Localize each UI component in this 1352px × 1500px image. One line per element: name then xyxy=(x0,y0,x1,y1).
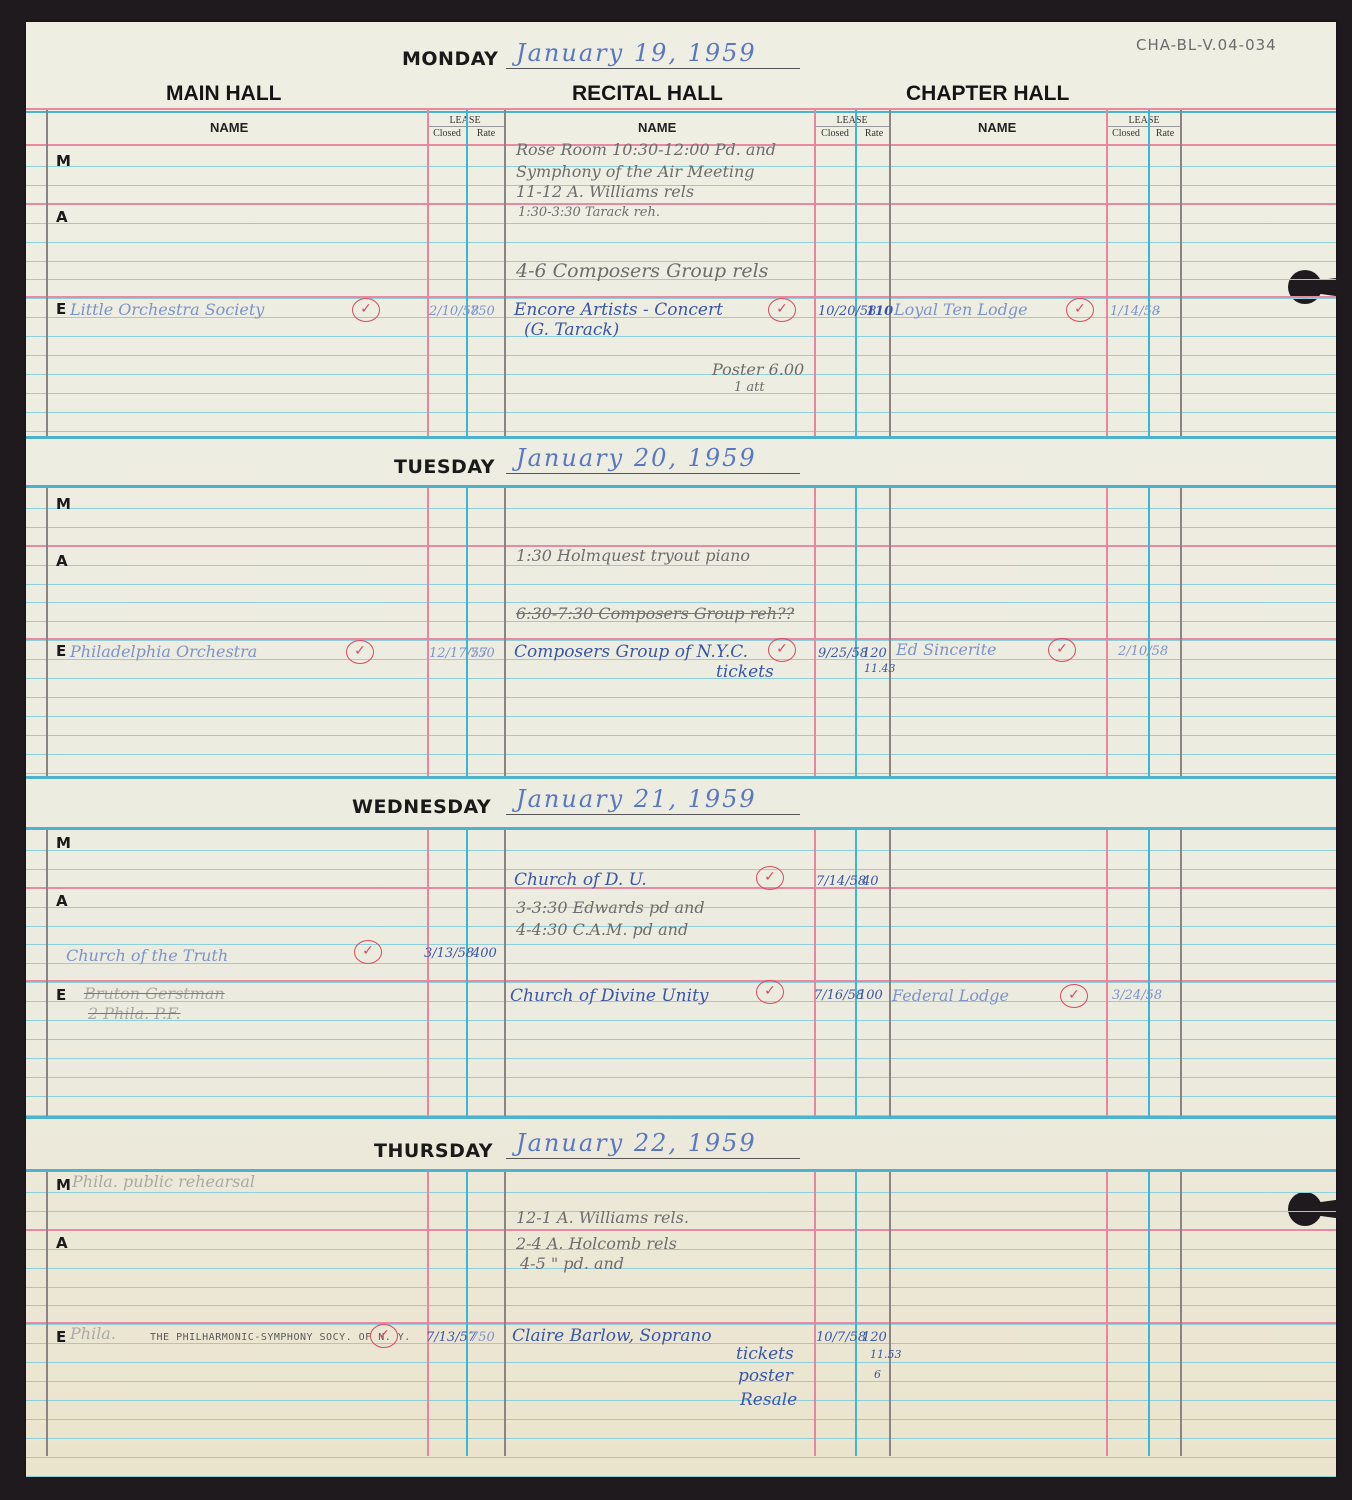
column-rule xyxy=(889,110,891,436)
lease-rate: 750 xyxy=(470,1330,495,1345)
lease-rate: - xyxy=(1156,304,1160,319)
lease-rate-header: Rate xyxy=(1146,128,1184,139)
lease-rate: 100 xyxy=(858,988,883,1003)
column-rule xyxy=(814,830,816,1116)
check-icon: ✓ xyxy=(756,980,784,1004)
main-hall-evening-name: Little Orchestra Society xyxy=(70,300,264,319)
check-icon: ✓ xyxy=(1066,298,1094,322)
lease-rate: 750 xyxy=(470,304,495,319)
ledger-rule xyxy=(26,773,1336,774)
date-wednesday: January 21, 1959 xyxy=(506,788,800,815)
column-rule xyxy=(427,488,429,776)
ledger-rule xyxy=(26,716,1336,717)
day-label-monday: MONDAY xyxy=(402,48,498,70)
slot-evening: E xyxy=(56,986,66,1004)
lease-rate: 120 xyxy=(862,1330,887,1345)
column-rule xyxy=(814,488,816,776)
lease-rate: 120 xyxy=(862,646,887,661)
lease-rate-extra: 11.43 xyxy=(864,662,896,675)
ledger-rule xyxy=(26,1305,1336,1306)
day-divider-rule xyxy=(26,436,1336,439)
column-rule xyxy=(1148,488,1150,776)
column-rule xyxy=(466,110,468,436)
slot-divider-rule xyxy=(26,203,1336,205)
recital-note: 3-3:30 Edwards pd and xyxy=(516,898,705,917)
recital-note: 4-6 Composers Group rels xyxy=(516,260,768,282)
ledger-rule xyxy=(26,1476,1336,1477)
chapter-hall-evening-name: Federal Lodge xyxy=(892,986,1009,1005)
lease-closed-header: Closed xyxy=(1107,128,1145,139)
hall-title-main: MAIN HALL xyxy=(166,82,281,106)
column-rule xyxy=(814,110,816,436)
ledger-rule xyxy=(26,1058,1336,1059)
recital-hall-evening-name: Church of Divine Unity xyxy=(510,986,709,1006)
recital-note: Symphony of the Air Meeting xyxy=(516,162,755,181)
ledger-rule xyxy=(26,508,1336,509)
day-divider-rule xyxy=(26,1116,1336,1119)
column-rule xyxy=(855,110,857,436)
recital-extra-note: tickets xyxy=(736,1344,794,1364)
column-rule xyxy=(466,1172,468,1456)
check-icon: ✓ xyxy=(352,298,380,322)
lease-header-recital: LEASE xyxy=(814,115,890,126)
column-rule xyxy=(1106,830,1108,1116)
chapter-hall-evening-name: Loyal Ten Lodge xyxy=(894,300,1028,319)
check-icon: ✓ xyxy=(354,940,382,964)
lease-rate-header: Rate xyxy=(855,128,893,139)
slot-evening: E xyxy=(56,300,66,318)
slot-divider-rule xyxy=(26,1229,1336,1231)
recital-hall-evening-sub: (G. Tarack) xyxy=(524,320,619,340)
column-rule xyxy=(1106,1172,1108,1456)
date-thursday: January 22, 1959 xyxy=(506,1132,800,1159)
ledger-rule xyxy=(26,1268,1336,1269)
ledger-rule xyxy=(26,640,1336,641)
column-rule xyxy=(504,830,506,1116)
slot-divider-rule xyxy=(26,1322,1336,1324)
slot-afternoon: A xyxy=(56,892,68,910)
col-header-name-recital: NAME xyxy=(638,120,676,135)
column-rule xyxy=(427,110,429,436)
ledger-rule xyxy=(26,1020,1336,1021)
column-rule xyxy=(855,488,857,776)
ledger-rule xyxy=(26,1077,1336,1078)
slot-evening: E xyxy=(56,1328,66,1346)
lease-rate-header: Rate xyxy=(467,128,505,139)
column-rule xyxy=(814,1172,816,1456)
column-rule xyxy=(504,488,506,776)
column-rule xyxy=(1106,488,1108,776)
ledger-rule xyxy=(26,1457,1336,1458)
ledger-rule xyxy=(26,1381,1336,1382)
lease-closed-date: 3/13/58 xyxy=(424,946,474,961)
column-rule xyxy=(1106,110,1108,436)
recital-note: 12-1 A. Williams rels. xyxy=(516,1208,689,1227)
lease-header-main: LEASE xyxy=(427,115,503,126)
ledger-rule xyxy=(26,1362,1336,1363)
day-divider-rule xyxy=(26,827,1336,830)
column-rule xyxy=(46,1172,48,1456)
lease-rate-extra: 11.53 xyxy=(870,1348,902,1361)
slot-divider-rule xyxy=(26,638,1336,640)
day-label-wednesday: WEDNESDAY xyxy=(352,796,491,818)
reference-code: CHA-BL-V.04-034 xyxy=(1136,36,1277,54)
ledger-rule xyxy=(26,1249,1336,1250)
recital-extra-note: poster xyxy=(738,1366,793,1386)
lease-rate: 40 xyxy=(862,874,879,889)
ledger-rule xyxy=(26,584,1336,585)
ledger-rule xyxy=(26,869,1336,870)
lease-closed-date: 3/24/58 xyxy=(1112,988,1162,1003)
ledger-rule xyxy=(26,223,1336,224)
binder-hole xyxy=(1288,1192,1322,1226)
check-icon: ✓ xyxy=(1048,638,1076,662)
ledger-rule xyxy=(26,1192,1336,1193)
lease-closed-date: 10/7/58 xyxy=(816,1330,866,1345)
ledger-rule xyxy=(26,1400,1336,1401)
col-header-name-main: NAME xyxy=(210,120,248,135)
recital-hall-evening-sub: tickets xyxy=(716,662,774,682)
ledger-rule xyxy=(26,944,1336,945)
date-monday: January 19, 1959 xyxy=(506,42,800,69)
lease-closed-date: 7/13/57 xyxy=(426,1330,476,1345)
column-rule xyxy=(46,488,48,776)
day-divider-rule xyxy=(26,485,1336,488)
column-rule xyxy=(889,488,891,776)
slot-divider-rule xyxy=(26,980,1336,982)
column-rule xyxy=(889,1172,891,1456)
slot-morning: M xyxy=(56,834,71,852)
recital-note: 4-4:30 C.A.M. pd and xyxy=(516,920,688,939)
slot-morning: M xyxy=(56,152,71,170)
day-label-thursday: THURSDAY xyxy=(374,1140,493,1162)
main-hall-morning-note: Phila. public rehearsal xyxy=(72,1172,255,1191)
main-hall-struck-entry: 2 Phila. P.F. xyxy=(88,1004,181,1023)
check-icon: ✓ xyxy=(768,638,796,662)
column-rule xyxy=(427,1172,429,1456)
hall-title-recital: RECITAL HALL xyxy=(572,82,723,106)
slot-afternoon: A xyxy=(56,552,68,570)
lease-closed-date: 7/14/58 xyxy=(816,874,866,889)
day-divider-rule xyxy=(26,776,1336,779)
lease-closed-date: 9/25/58 xyxy=(818,646,868,661)
column-rule xyxy=(1148,830,1150,1116)
hall-title-chapter: CHAPTER HALL xyxy=(906,82,1069,106)
recital-note-struck: 6:30-7:30 Composers Group reh?? xyxy=(516,604,794,623)
recital-hall-evening-name: Composers Group of N.Y.C. xyxy=(514,642,748,662)
slot-morning: M xyxy=(56,1176,71,1194)
ledger-rule xyxy=(26,850,1336,851)
main-hall-evening-name: Phila. xyxy=(70,1324,116,1343)
ledger-rule xyxy=(26,735,1336,736)
ledger-rule xyxy=(26,1039,1336,1040)
lease-rate: 110 xyxy=(866,304,893,319)
column-rule xyxy=(46,830,48,1116)
lease-header-chapter: LEASE xyxy=(1106,115,1182,126)
ledger-rule xyxy=(26,298,1336,299)
check-icon: ✓ xyxy=(1060,984,1088,1008)
slot-divider-rule xyxy=(26,296,1336,298)
recital-hall-morning-name: Church of D. U. xyxy=(514,870,647,890)
column-rule xyxy=(1180,1172,1182,1456)
ledger-rule xyxy=(26,697,1336,698)
recital-extra-note: 1 att xyxy=(734,380,765,395)
column-rule xyxy=(427,830,429,1116)
column-rule xyxy=(1148,1172,1150,1456)
column-rule xyxy=(855,1172,857,1456)
column-rule xyxy=(504,110,506,436)
main-hall-afternoon-name: Church of the Truth xyxy=(66,946,228,965)
ledger-rule xyxy=(26,754,1336,755)
recital-note: 1:30-3:30 Tarack reh. xyxy=(518,205,660,220)
recital-extra-note: Resale xyxy=(740,1390,797,1410)
ledger-rule xyxy=(26,336,1336,337)
lease-rate: 400 xyxy=(472,946,497,961)
column-rule xyxy=(46,110,48,436)
lease-closed-date: 1/14/58 xyxy=(1110,304,1160,319)
ledger-rule xyxy=(26,355,1336,356)
ledger-rule xyxy=(26,565,1336,566)
slot-afternoon: A xyxy=(56,1234,68,1252)
column-rule xyxy=(466,830,468,1116)
column-rule xyxy=(889,830,891,1116)
column-rule xyxy=(504,1172,506,1456)
ledger-rule xyxy=(26,431,1336,432)
ledger-rule xyxy=(26,527,1336,528)
date-tuesday: January 20, 1959 xyxy=(506,447,800,474)
ledger-rule xyxy=(26,1324,1336,1325)
column-rule xyxy=(1180,110,1182,436)
lease-closed-header: Closed xyxy=(816,128,854,139)
check-icon: ✓ xyxy=(370,1324,398,1348)
check-icon: ✓ xyxy=(346,640,374,664)
ledger-rule xyxy=(26,602,1336,603)
column-rule xyxy=(855,830,857,1116)
recital-extra-note: Poster 6.00 xyxy=(712,360,804,379)
chapter-hall-evening-name: Ed Sincerite xyxy=(896,640,996,659)
ledger-rule xyxy=(26,1287,1336,1288)
slot-afternoon: A xyxy=(56,208,68,226)
slot-morning: M xyxy=(56,495,71,513)
ledger-rule xyxy=(26,1096,1336,1097)
column-rule xyxy=(466,488,468,776)
column-rule xyxy=(1180,830,1182,1116)
recital-note: 2-4 A. Holcomb rels xyxy=(516,1234,677,1253)
ledger-rule xyxy=(26,1438,1336,1439)
ledger-rule xyxy=(26,393,1336,394)
check-icon: ✓ xyxy=(756,866,784,890)
lease-closed-header: Closed xyxy=(428,128,466,139)
check-icon: ✓ xyxy=(768,298,796,322)
ledger-rule xyxy=(26,412,1336,413)
ledger-rule xyxy=(26,1419,1336,1420)
recital-note: 4-5 " pd. and xyxy=(520,1254,624,1273)
col-header-name-chapter: NAME xyxy=(978,120,1016,135)
day-label-tuesday: TUESDAY xyxy=(394,456,495,478)
column-rule xyxy=(1148,110,1150,436)
ledger-rule xyxy=(26,374,1336,375)
recital-note: 1:30 Holmquest tryout piano xyxy=(516,546,750,565)
recital-note: 11-12 A. Williams rels xyxy=(516,182,694,201)
slot-divider-rule xyxy=(26,887,1336,889)
ledger-rule xyxy=(26,242,1336,243)
main-hall-struck-entry: Bruton Gerstman xyxy=(84,984,225,1003)
lease-rate-extra: 6 xyxy=(874,1368,881,1381)
recital-hall-evening-name: Claire Barlow, Soprano xyxy=(512,1326,712,1346)
ledger-rule xyxy=(26,982,1336,983)
slot-evening: E xyxy=(56,642,66,660)
column-rule xyxy=(1180,488,1182,776)
ledger-rule xyxy=(26,678,1336,679)
ledger-sheet: CHA-BL-V.04-034 MONDAY January 19, 1959 … xyxy=(26,22,1336,1476)
lease-closed-date: 2/10/58 xyxy=(1118,644,1168,659)
recital-note: Rose Room 10:30-12:00 Pd. and xyxy=(516,140,776,159)
main-hall-evening-name: Philadelphia Orchestra xyxy=(70,642,257,661)
recital-hall-evening-name: Encore Artists - Concert xyxy=(514,300,723,320)
lease-closed-date: 7/16/58 xyxy=(814,988,864,1003)
lease-rate: 750 xyxy=(470,646,495,661)
